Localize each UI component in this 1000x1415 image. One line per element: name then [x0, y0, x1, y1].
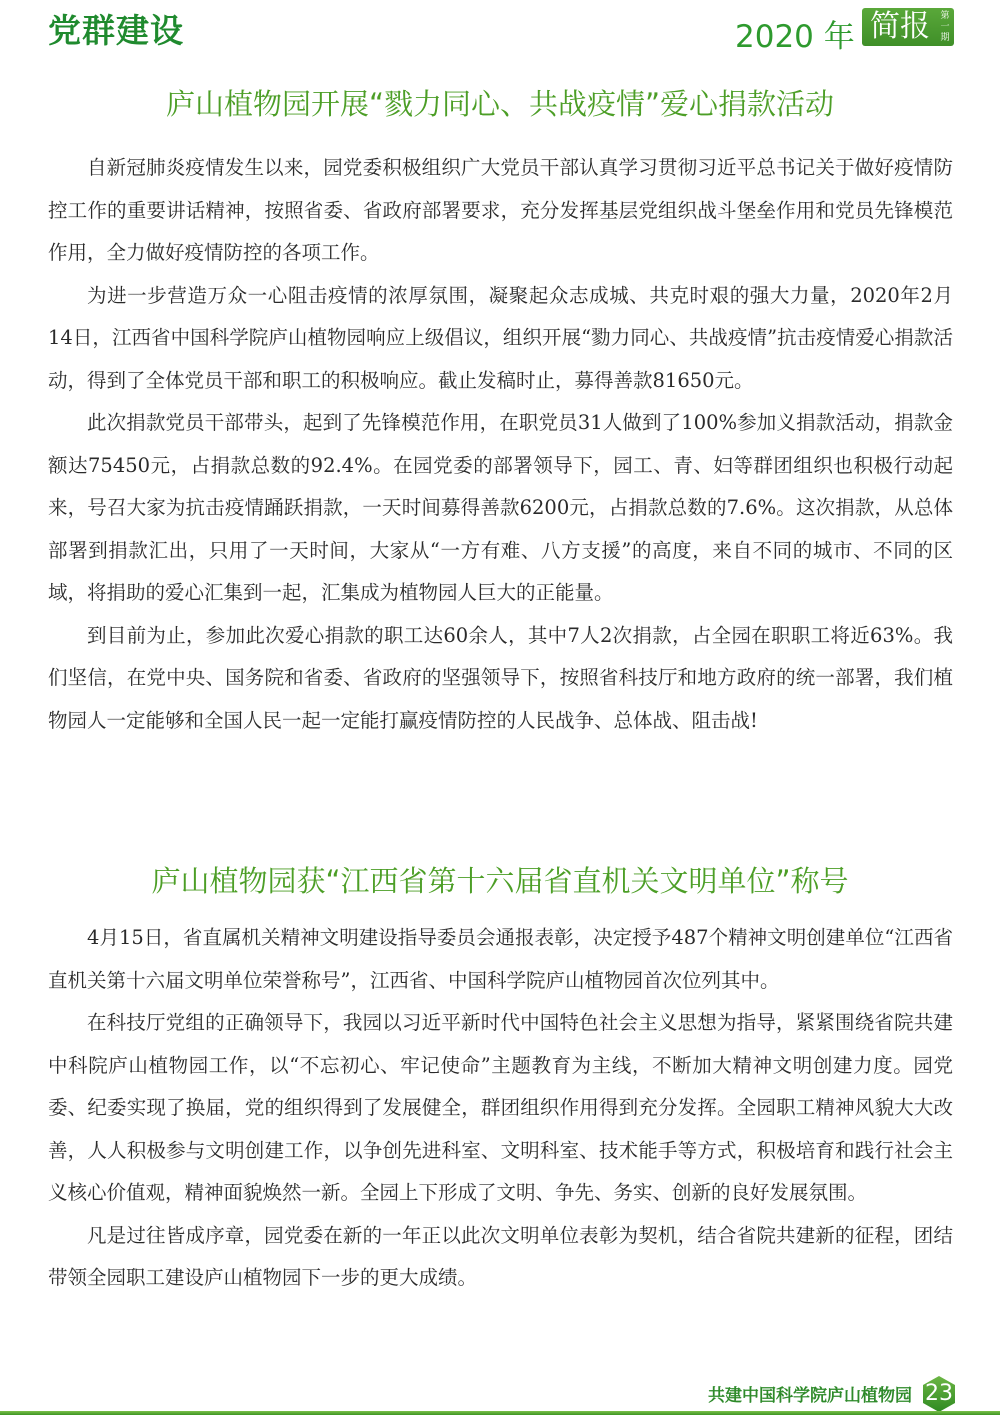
badge-main-text: 简报	[870, 8, 930, 46]
article-2-paragraph: 凡是过往皆成序章，园党委在新的一年正以此次文明单位表彰为契机，结合省院共建新的征…	[48, 1215, 953, 1300]
article-2-title: 庐山植物园获“江西省第十六届省直机关文明单位”称号	[0, 859, 1000, 900]
footer-divider	[0, 1411, 1000, 1415]
issue-year: 2020 年	[735, 11, 855, 56]
article-1-title: 庐山植物园开展“戮力同心、共战疫情”爱心捐款活动	[0, 82, 1000, 123]
article-1-paragraph: 自新冠肺炎疫情发生以来，园党委积极组织广大党员干部认真学习贯彻习近平总书记关于做…	[48, 147, 953, 275]
article-2-paragraph: 在科技厅党组的正确领导下，我园以习近平新时代中国特色社会主义思想为指导，紧紧围绕…	[48, 1002, 953, 1215]
article-1-paragraph: 为进一步营造万众一心阻击疫情的浓厚氛围，凝聚起众志成城、共克时艰的强大力量，20…	[48, 275, 953, 403]
article-1-body: 自新冠肺炎疫情发生以来，园党委积极组织广大党员干部认真学习贯彻习近平总书记关于做…	[48, 147, 953, 742]
article-1-paragraph: 此次捐款党员干部带头，起到了先锋模范作用，在职党员31人做到了100%参加义捐款…	[48, 402, 953, 615]
badge-issue-text: 第一期	[939, 11, 951, 44]
section-label: 党群建设	[48, 5, 184, 52]
bulletin-badge: 简报 第一期	[862, 8, 954, 46]
page-number: 23	[921, 1377, 957, 1411]
page-header: 党群建设 2020 年 简报 第一期	[0, 0, 1000, 60]
footer-org-name: 共建中国科学院庐山植物园	[708, 1381, 912, 1406]
article-2-paragraph: 4月15日，省直属机关精神文明建设指导委员会通报表彰，决定授予487个精神文明创…	[48, 917, 953, 1002]
article-2-body: 4月15日，省直属机关精神文明建设指导委员会通报表彰，决定授予487个精神文明创…	[48, 917, 953, 1300]
article-1-paragraph: 到目前为止，参加此次爱心捐款的职工达60余人，其中7人2次捐款，占全园在职职工将…	[48, 615, 953, 743]
